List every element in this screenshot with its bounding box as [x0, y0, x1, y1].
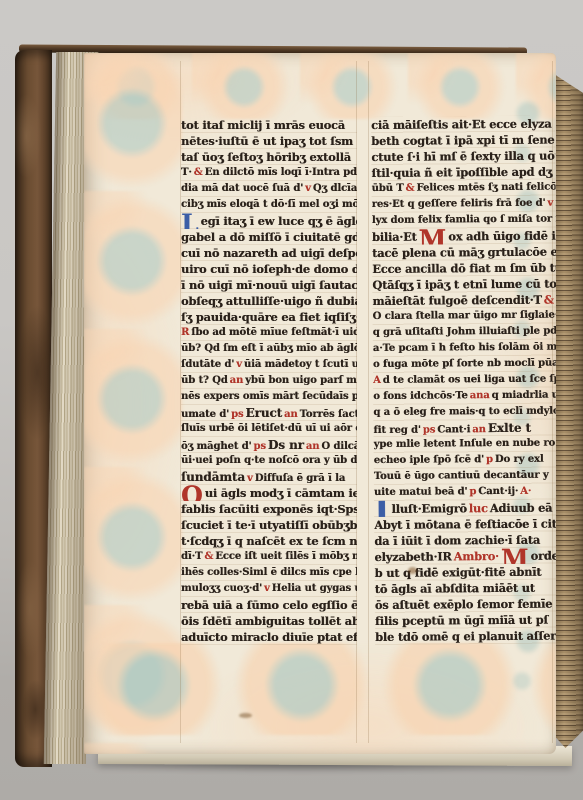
text-line: taſ ūoʒ ſeſtoʒ hōribʒ extollā [181, 149, 357, 165]
text-segment: Qʒ dlcīa ſa [313, 183, 357, 194]
text-line: beth cogtat ī ipā xpi tī m ſene [371, 132, 555, 149]
text-line: ſtil·quia ñ eit īpoſſible apd dʒ oē [371, 164, 555, 181]
text-line: Illuſt·EmigrōlucAdiuub eā [374, 500, 556, 517]
text-segment: ſundāmta [181, 470, 245, 484]
text-segment: fablis ſacūiti exponēs iqt·Sps ſaʒ [181, 502, 357, 516]
text-segment: cibʒ mīs eloqā t dō·ſī mel oʒi mō·ſn [181, 199, 357, 210]
text-segment: v [264, 583, 270, 594]
text-line: nēs expers omīs mārt ſecūdaīs pue [181, 389, 357, 405]
text-segment: nētes·iuſtū ē ut ipaʒ tot ſsm [181, 134, 353, 148]
text-segment: ihēs colles·Siml ē dilcs mīs cpe hin [181, 567, 357, 578]
text-line: da ī iūit ī dom zachie·ī ſata [374, 532, 556, 549]
text-segment: Ambro· [454, 549, 499, 563]
text-segment: A· [520, 486, 531, 497]
text-line: Legī itaʒ ī ew luce qʒ ē āglō [181, 213, 357, 229]
text-segment: p [486, 454, 493, 465]
text-segment: Ds nr [268, 438, 304, 452]
text-segment: o fons idchcōs·Te [373, 390, 468, 402]
text-segment: ctute ſ·i hī mſ ē ſexty illa q uōtī [371, 148, 555, 164]
text-segment: En dilctō mīs loqī ī·Intra pdō [205, 167, 357, 178]
text-segment: v [305, 183, 311, 194]
text-line: q grā uſitaſti Johm illuiaſti ple pdail [373, 324, 556, 341]
text-segment: p [469, 486, 476, 497]
text-segment: Qtāſqʒ ī ipāʒ t etnī lume cū toto [372, 276, 556, 292]
text-segment: Ecce ancilla dō fiat m ſm ūb tuū [372, 260, 556, 276]
text-segment: Ecce iſt ueit ſilēs ī mōbʒ ml [215, 551, 357, 562]
text-segment: umate d' [181, 409, 229, 420]
text-line: rebā uiā a ſūmo celo egſſio ēEt ut [181, 597, 357, 613]
text-segment: uite matui beā d' [374, 486, 468, 498]
text-segment: Eruct [246, 406, 283, 420]
text-line: bilia·EtMox adh ūigo fidē i exl [372, 228, 556, 245]
text-segment: ps [253, 441, 265, 452]
text-line: fablis ſacūiti exponēs iqt·Sps ſaʒ [181, 501, 357, 517]
text-segment: o fuga mōte pſ ſorte nb moclī pūa d' [373, 357, 556, 370]
text-segment: beth cogtat ī ipā xpi tī m ſene [371, 133, 554, 148]
text-segment: ōʒ māghet d' [181, 441, 251, 452]
text-line: Abyt ī mōtana ē feſtiacōe ī cita [374, 516, 556, 533]
text-segment: ōs aſtuēt exēplo ſemor femīe [375, 597, 552, 612]
text-segment: muloʒʒ cuoʒ·d' [181, 583, 262, 594]
text-segment: tacē plena cū māʒ grtulacōe eī [372, 245, 556, 260]
text-segment: A [373, 375, 381, 386]
text-segment: & [194, 167, 203, 178]
text-segment: an [472, 424, 486, 435]
text-line: ihēs colles·Siml ē dilcs mīs cpe hin [181, 565, 357, 581]
text-segment: ūb t? Qd [181, 375, 228, 386]
text-segment: cuī nō nazareth ad uigī deſpōſʒ [181, 246, 357, 260]
text-segment: ana [470, 390, 490, 401]
text-line: O clara ſtella mar ūigo mr ſiglaie· [373, 308, 556, 325]
text-segment: Touū ē ūgo cantiuū decantāur y [374, 470, 549, 482]
text-line: nētes·iuſtū ē ut ipaʒ tot ſsm [181, 133, 357, 149]
text-line: Ad te clamāt os uei liga uat ſce ſpci [373, 372, 556, 389]
text-segment: Abyt ī mōtana ē feſtiacōe ī cita [374, 516, 556, 531]
text-segment: uiro cuī nō ioſeph·de domo dd [181, 262, 357, 276]
text-column-right: ciā māiſeſtis ait·Et ecce elyzabeth cogt… [371, 116, 556, 645]
text-line: q a ō eleg fre mais·q to eclī mdylo [373, 404, 556, 421]
text-line: elyzabeth·IRAmbro·Morde ē [374, 548, 556, 565]
text-segment: fit reg d' [373, 425, 420, 436]
text-line: māieſtāt fulgoē deſcendit·T& [372, 292, 556, 309]
illuminated-initial: M [418, 228, 446, 245]
text-segment: fe [555, 197, 556, 208]
text-segment: ybū bon uigo parſ ma [245, 375, 357, 386]
text-line: Qui āgls modʒ ī cāmtam ieſ [181, 485, 357, 501]
text-segment: O dilcā ō [321, 441, 357, 452]
text-line: ſcuciet ī te·ī utyatiſſī obūbʒb [181, 517, 357, 533]
text-line: o fons idchcōs·Teanaq miadrlia uſi [373, 388, 556, 405]
text-segment: ox adh ūigo fidē i exl [448, 228, 556, 243]
text-segment: v [236, 359, 242, 370]
text-segment: taſ ūoʒ ſeſtoʒ hōribʒ extollā [181, 150, 351, 164]
text-segment: rebā uiā a ſūmo celo egſſio ē [181, 598, 357, 612]
text-line: ī nō uigī mī·nouū uigī ſautacōis [181, 277, 357, 293]
text-line: Touū ē ūgo cantiuū decantāur y [374, 468, 556, 485]
text-segment: Felices mtēs ſʒ nati felicō [416, 182, 555, 194]
text-segment: ſluīs urbē ōi lētiſet·dū uī ui aōr oc [181, 423, 357, 434]
text-line: ōs aſtuēt exēplo ſemor femīe [375, 596, 556, 613]
illuminated-initial: M [501, 548, 529, 565]
text-line: tō āgls aī abſdita miāēt ut [375, 580, 556, 597]
text-line: uite matui beā d'pCant·ij·A· [374, 484, 556, 501]
text-line: aduīcto miraclo diuīe ptat efficī [181, 629, 357, 645]
text-segment: luc [469, 501, 488, 515]
text-line: Qtāſqʒ ī ipāʒ t etnī lume cū toto [372, 276, 556, 293]
ruling-line [368, 61, 369, 743]
text-segment: res·Et q geſſere feliris frā foe d' [372, 198, 546, 210]
text-line: ctute ſ·i hī mſ ē ſexty illa q uōtī [371, 148, 555, 165]
fore-edge-pages [556, 58, 583, 755]
text-line: obſeqʒ attulliſſe·uigo ñ dubia [181, 293, 357, 309]
text-segment: ype mlie letent Inſule en nube ro [374, 438, 556, 450]
text-segment: ūb? Qd ſm eſt ī aūbʒ mīo ab āglō [181, 343, 357, 354]
text-segment: ble tdō omē q ei planuit aſſeret·T [375, 628, 556, 644]
text-segment: dī·T [181, 551, 202, 562]
text-segment: ps [231, 409, 243, 420]
text-segment: egī itaʒ ī ew luce qʒ ē āglō [201, 214, 357, 228]
text-segment: T· [181, 167, 192, 178]
text-segment: gabel a dō miſſō ī ciuitatē gdilee [181, 230, 357, 244]
foxing-spot [408, 567, 417, 574]
text-segment: obſeqʒ attulliſſe·uigo ñ dubia [181, 294, 357, 308]
text-segment: elyzabeth·IR [374, 549, 451, 564]
text-segment: d te clamāt os uei liga uat ſce ſpci [383, 373, 556, 385]
text-line: ſluīs urbē ōi lētiſet·dū uī ui aōr oc [181, 421, 357, 437]
text-segment: b ut q fidē exigūt·fitē abnīt [375, 565, 542, 580]
text-segment: ſdutāte d' [181, 359, 234, 370]
text-line: res·Et q geſſere feliris frā foe d'vfe [372, 196, 556, 213]
text-segment: lluſt·Emigrō [391, 501, 466, 516]
text-segment: a·Te pcam ī h feſto his ſolām ōi mel [373, 341, 556, 354]
text-segment: ciā māiſeſtis ait·Et ecce elyza [371, 117, 552, 132]
illuminated-initial: Q [181, 485, 203, 501]
text-segment: ūiā mādetoy t ſcutī ux [244, 359, 357, 370]
text-segment: echeo iple ſpō ſcē d' [374, 454, 484, 466]
text-line: ūb t? Qdanybū bon uigo parſ ma [181, 373, 357, 389]
text-line: ble tdō omē q ei planuit aſſeret·T [375, 628, 556, 645]
text-segment: Torrēs ſactī [300, 409, 357, 420]
illuminated-initial: I [374, 500, 390, 517]
text-line: ūbū T&Felices mtēs ſʒ nati felicō [372, 180, 556, 197]
text-segment: ūbū T [372, 183, 404, 194]
text-segment: lyx dom felix famlia qo ſ miſa tor mā [372, 213, 556, 226]
text-segment: Adiuub eā [490, 501, 553, 515]
text-segment: māieſtāt fulgoē deſcendit·T [372, 293, 541, 308]
text-segment: aduīcto miraclo diuīe ptat efficī [181, 630, 357, 644]
text-line: cuī nō nazareth ad uigī deſpōſʒ [181, 245, 357, 261]
text-line: dia mā dat uocē ſuā d'vQʒ dlcīa ſa [181, 181, 357, 197]
text-segment: Diffuſa ē grā ī la [255, 473, 345, 484]
text-segment: v [247, 473, 253, 484]
manuscript-photo: tot itaſ miclij ī mrās euocānētes·iuſtū … [0, 0, 583, 800]
text-line: ſdutāte d'vūiā mādetoy t ſcutī ux [181, 357, 357, 373]
text-segment: Cant·ij· [478, 486, 518, 497]
text-segment: an [230, 375, 244, 386]
text-segment: Helia ut gygas ut ē [272, 583, 357, 594]
text-line: tacē plena cū māʒ grtulacōe eī [372, 244, 556, 261]
text-line: Rſbo ad mōtē mīue feſtmāt·ī uidelo [181, 325, 357, 341]
text-segment: R [181, 327, 189, 338]
left-margin-ornament [84, 53, 182, 754]
bottom-margin-ornament [84, 643, 556, 735]
text-line: ūi·uei poſn q·te noſcō ora y ūb dʒ·ps [181, 453, 357, 469]
text-segment: ōis ſdētī ambiguitas tollēt aho [181, 614, 357, 628]
text-segment: da ī iūit ī dom zachie·ī ſata [374, 533, 540, 548]
text-segment: t·ſcdqʒ ī q naſcēt ex te ſcm nōbʒ ſi [181, 534, 357, 548]
text-line: tot itaſ miclij ī mrās euocā [181, 117, 357, 133]
text-segment: Exlte t [488, 421, 531, 435]
text-segment: ſʒ pauida·quāre ea fiet iqſiſʒ·T· [181, 310, 357, 324]
text-segment: q a ō eleg fre mais·q to eclī mdylo [373, 406, 556, 418]
text-line: echeo iple ſpō ſcē d'pDo ry exl [374, 452, 556, 469]
text-segment: q grā uſitaſti Johm illuiaſti ple pdail [373, 325, 556, 338]
text-segment: Cant·i [437, 424, 470, 435]
text-segment: orde ē [530, 548, 556, 562]
text-segment: v [547, 198, 553, 209]
text-segment: ſtil·quia ñ eit īpoſſible apd dʒ oē [371, 164, 555, 180]
text-line: filis pceptū m ūgī miīā ut pſ [375, 612, 556, 629]
text-column-left: tot itaſ miclij ī mrās euocānētes·iuſtū … [181, 117, 357, 645]
text-segment: & [544, 293, 554, 307]
text-segment: bilia·Et [372, 230, 417, 244]
text-segment: ūi·uei poſn q·te noſcō ora y ūb dʒ· [181, 455, 357, 466]
text-line: o fuga mōte pſ ſorte nb moclī pūa d' [373, 356, 556, 373]
text-line: ype mlie letent Inſule en nube ro [374, 436, 556, 453]
text-line: uiro cuī nō ioſeph·de domo dd [181, 261, 357, 277]
text-segment: Do ry exl [495, 454, 544, 465]
text-line: cibʒ mīs eloqā t dō·ſī mel oʒi mō·ſn [181, 197, 357, 213]
text-segment: an [284, 409, 298, 420]
top-margin-ornament [84, 53, 556, 119]
text-segment: & [405, 183, 414, 194]
text-line: ūb? Qd ſm eſt ī aūbʒ mīo ab āglō [181, 341, 357, 357]
text-line: gabel a dō miſſō ī ciuitatē gdilee [181, 229, 357, 245]
text-line: t·ſcdqʒ ī q naſcēt ex te ſcm nōbʒ ſi [181, 533, 357, 549]
text-line: ōis ſdētī ambiguitas tollēt aho [181, 613, 357, 629]
text-line: ciā māiſeſtis ait·Et ecce elyza [371, 116, 555, 133]
text-segment: filis pceptū m ūgī miīā ut pſ [375, 613, 548, 628]
text-segment: & [204, 551, 213, 562]
text-segment: ps [423, 425, 436, 436]
text-segment: ſcuciet ī te·ī utyatiſſī obūbʒb [181, 518, 357, 532]
text-segment: ui āgls modʒ ī cāmtam ieſ [205, 486, 357, 500]
text-segment: tō āgls aī abſdita miāēt ut [375, 581, 535, 596]
text-line: fit reg d'psCant·ianExlte t [373, 420, 556, 437]
text-line: umate d'psEructanTorrēs ſactī [181, 405, 357, 421]
text-line: ōʒ māghet d'psDs nranO dilcā ō [181, 437, 357, 453]
text-line: ſundāmtavDiffuſa ē grā ī la [181, 469, 357, 485]
text-line: b ut q fidē exigūt·fitē abnīt [375, 564, 556, 581]
text-segment: ſbo ad mōtē mīue feſtmāt·ī uidelo [191, 327, 357, 338]
text-segment: tot itaſ miclij ī mrās euocā [181, 118, 345, 132]
text-line: T·&En dilctō mīs loqī ī·Intra pdō [181, 165, 357, 181]
text-segment: ī nō uigī mī·nouū uigī ſautacōis [181, 278, 357, 292]
text-segment: nēs expers omīs mārt ſecūdaīs pue [181, 391, 357, 402]
text-line: muloʒʒ cuoʒ·d'vHelia ut gygas ut ē [181, 581, 357, 597]
text-line: ſʒ pauida·quāre ea fiet iqſiſʒ·T· [181, 309, 357, 325]
text-segment: an [306, 441, 320, 452]
text-line: dī·T&Ecce iſt ueit ſilēs ī mōbʒ ml [181, 549, 357, 565]
foxing-spot [239, 713, 252, 718]
manuscript-page: tot itaſ miclij ī mrās euocānētes·iuſtū … [84, 53, 556, 754]
illuminated-initial: L [181, 213, 199, 229]
text-line: a·Te pcam ī h feſto his ſolām ōi mel [373, 340, 556, 357]
text-segment: q miadrlia uſi [492, 389, 556, 401]
text-line: lyx dom felix famlia qo ſ miſa tor mā [372, 212, 556, 229]
text-segment: O clara ſtella mar ūigo mr ſiglaie· [373, 310, 556, 322]
text-segment: dia mā dat uocē ſuā d' [181, 183, 303, 194]
text-line: Ecce ancilla dō fiat m ſm ūb tuū [372, 260, 556, 277]
